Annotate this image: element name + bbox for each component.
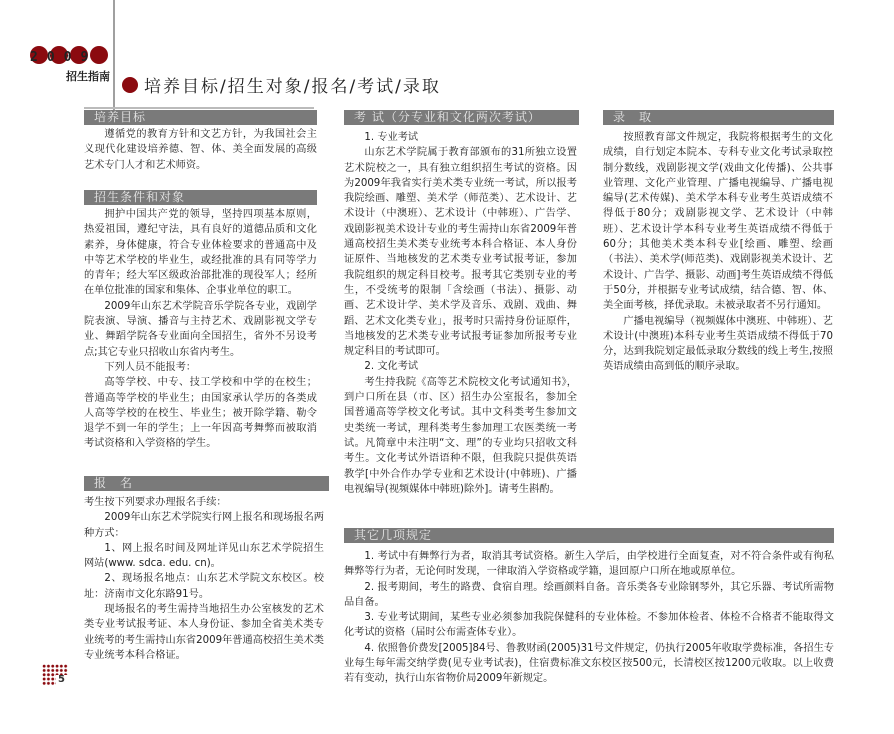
- page-number: 5: [58, 674, 65, 685]
- page-title-text: 培养目标/招生对象/报名/考试/录取: [144, 72, 441, 97]
- paragraph: 1. 专业考试: [344, 130, 577, 145]
- paragraph: 山东艺术学院属于教育部颁布的31所独立设置艺术院校之一，具有独立组织招生考试的资…: [344, 145, 577, 359]
- paragraph: 3. 专业考试期间，某些专业必须参加我院保健科的专业体检。不参加体检者、体检不合…: [344, 610, 834, 641]
- paragraph: 2、现场报名地点：山东艺术学院文东校区。校址：济南市文化东路91号。: [84, 571, 324, 602]
- section-heading-exam: 考 试（分专业和文化两次考试）: [344, 110, 579, 125]
- section-body-admission: 按照教育部文件规定，我院将根据考生的文化成绩，自行划定本院本、专科专业文化考试录…: [603, 130, 833, 375]
- paragraph: 2009年山东艺术学院音乐学院各专业，戏剧学院表演、导演、播音与主持艺术、戏剧影…: [84, 299, 317, 360]
- page-title: 培养目标/招生对象/报名/考试/录取: [122, 72, 441, 97]
- section-body-exam: 1. 专业考试 山东艺术学院属于教育部颁布的31所独立设置艺术院校之一，具有独立…: [344, 130, 577, 497]
- paragraph: 考生按下列要求办理报名手续：: [84, 495, 324, 510]
- header-divider-line: [113, 0, 115, 124]
- paragraph: 考生持我院《高等艺术院校文化考试通知书》，到户口所在县（市、区）招生办公室报名，…: [344, 375, 577, 497]
- logo-year: 2009: [30, 50, 110, 65]
- paragraph: 广播电视编导（视频媒体中澳班、中韩班）、艺术设计(中澳班)本科专业考生英语成绩不…: [603, 314, 833, 375]
- section-heading-admission: 录 取: [603, 110, 834, 125]
- paragraph: 下列人员不能报考：: [84, 360, 317, 375]
- paragraph: 2. 报考期间，考生的路费、食宿自理。绘画颜料自备。音乐类各专业除钢琴外，其它乐…: [344, 580, 834, 611]
- paragraph: 4. 依照鲁价费发[2005]84号、鲁教财函(2005)31号文件规定，仍执行…: [344, 641, 834, 687]
- paragraph: 1. 考试中有舞弊行为者，取消其考试资格。新生入学后，由学校进行全面复查，对不符…: [344, 549, 834, 580]
- logo-subtitle: 招生指南: [66, 68, 110, 84]
- paragraph: 2. 文化考试: [344, 359, 577, 374]
- page-corner-dot-pattern: [42, 664, 70, 686]
- paragraph: 高等学校、中专、技工学校和中学的在校生；普通高等学校的毕业生；由国家承认学历的各…: [84, 375, 317, 451]
- paragraph: 现场报名的考生需持当地招生办公室核发的艺术类专业考试报考证、本人身份证、参加全省…: [84, 602, 324, 663]
- header-rule: [84, 107, 314, 109]
- paragraph: 1、网上报名时间及网址详见山东艺术学院招生网站(www. sdca. edu. …: [84, 541, 324, 572]
- section-heading-other: 其它几项规定: [344, 528, 834, 543]
- logo-dots: 2009: [30, 46, 112, 66]
- paragraph: 遵循党的教育方针和文艺方针，为我国社会主义现代化建设培养德、智、体、美全面发展的…: [84, 127, 317, 173]
- section-body-other: 1. 考试中有舞弊行为者，取消其考试资格。新生入学后，由学校进行全面复查，对不符…: [344, 549, 834, 687]
- section-body-registration: 考生按下列要求办理报名手续： 2009年山东艺术学院实行网上报名和现场报名两种方…: [84, 495, 324, 663]
- section-heading-registration: 报 名: [84, 476, 329, 491]
- section-heading-goal: 培养目标: [84, 110, 317, 125]
- paragraph: 拥护中国共产党的领导，坚持四项基本原则，热爱祖国，遵纪守法，具有良好的道德品质和…: [84, 207, 317, 299]
- section-heading-conditions: 招生条件和对象: [84, 190, 317, 205]
- section-body-conditions: 拥护中国共产党的领导，坚持四项基本原则，热爱祖国，遵纪守法，具有良好的道德品质和…: [84, 207, 317, 452]
- paragraph: 按照教育部文件规定，我院将根据考生的文化成绩，自行划定本院本、专科专业文化考试录…: [603, 130, 833, 314]
- title-bullet-icon: [122, 77, 138, 93]
- paragraph: 2009年山东艺术学院实行网上报名和现场报名两种方式：: [84, 510, 324, 541]
- guide-logo: 2009 招生指南: [30, 46, 112, 82]
- section-body-goal: 遵循党的教育方针和文艺方针，为我国社会主义现代化建设培养德、智、体、美全面发展的…: [84, 127, 317, 173]
